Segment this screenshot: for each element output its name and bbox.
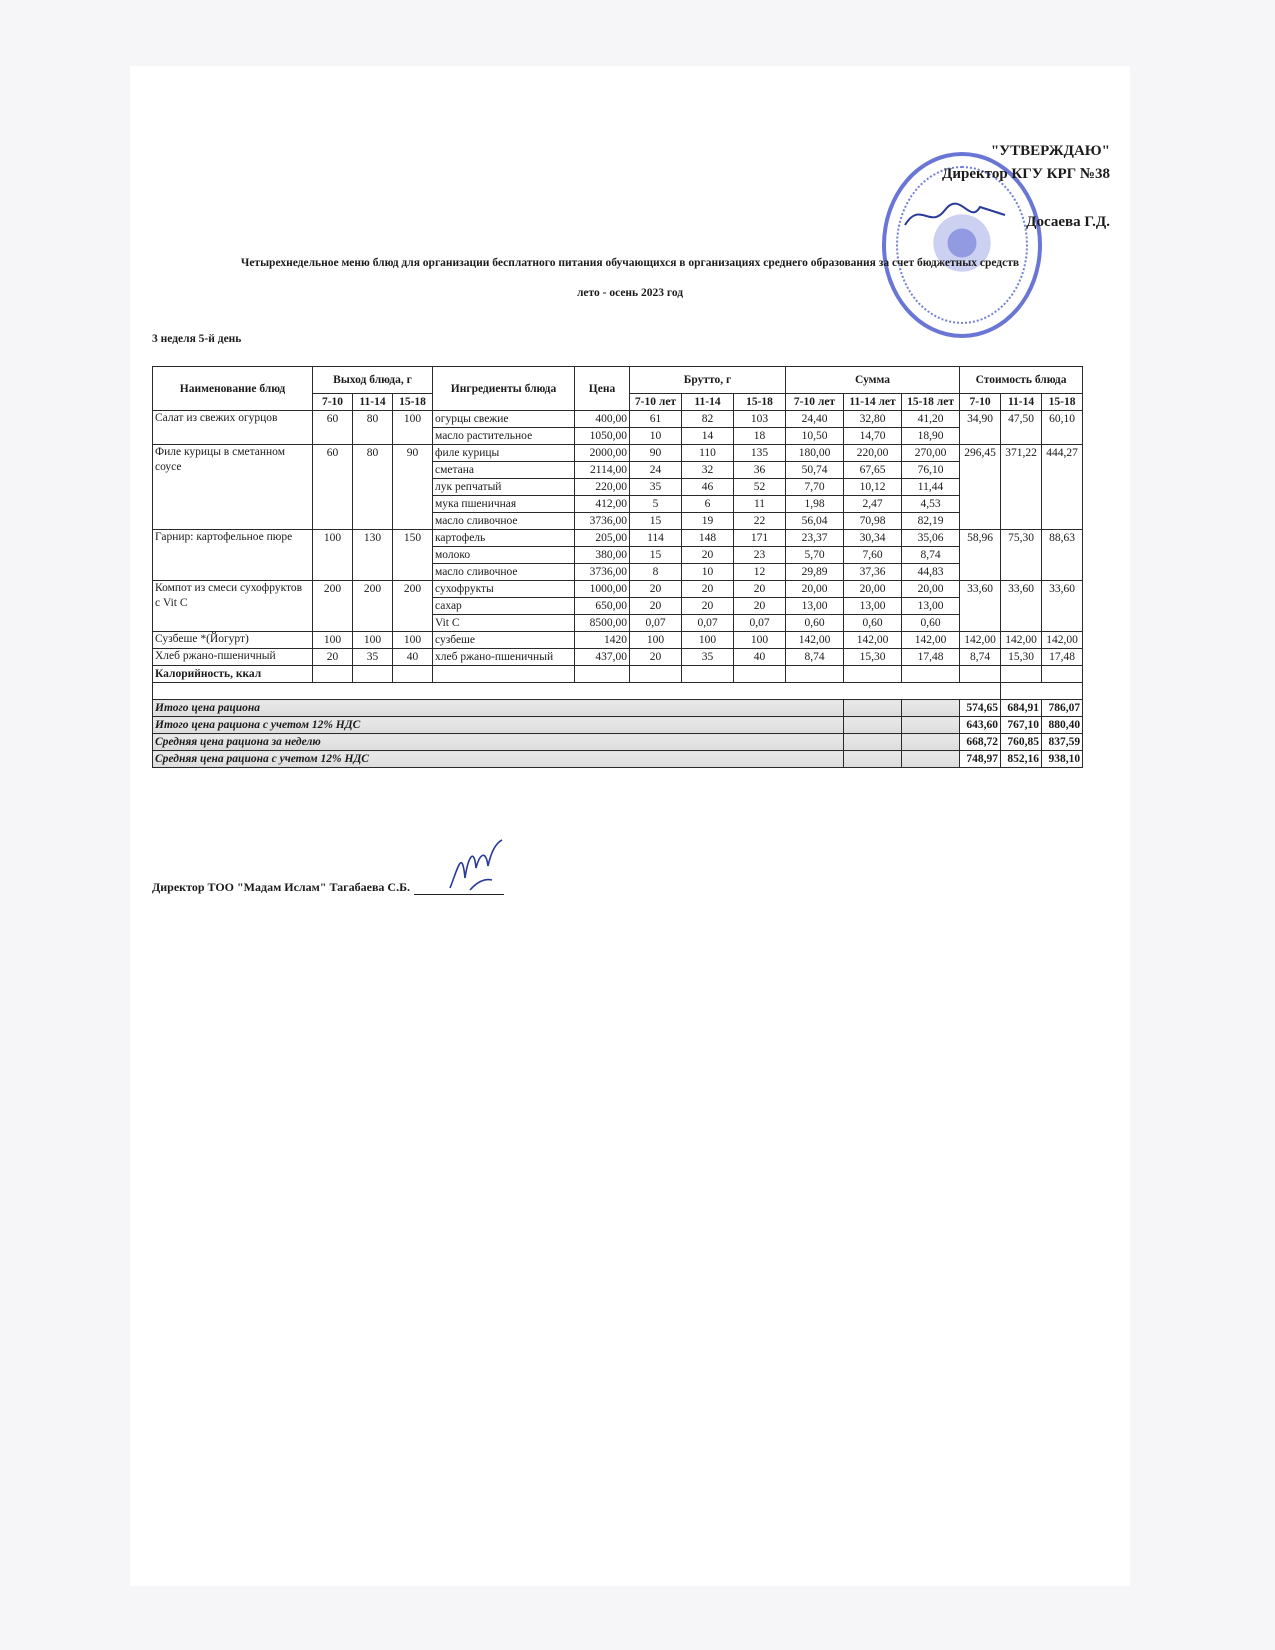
ingredient-sum: 13,00: [786, 598, 844, 615]
calories-cell: [313, 666, 353, 683]
ingredient-sum: 13,00: [844, 598, 902, 615]
ingredient-sum: 8,74: [786, 649, 844, 666]
header-ingredients: Ингредиенты блюда: [433, 367, 575, 411]
ingredient-sum: 2,47: [844, 496, 902, 513]
ingredient-gross: 148: [682, 530, 734, 547]
subheader-gross-11-14: 11-14: [682, 394, 734, 411]
dish-name: Сузбеше *(Йогурт): [153, 632, 313, 649]
calories-cell: [1001, 666, 1042, 683]
table-row: Сузбеше *(Йогурт)100100100сузбеше1420100…: [153, 632, 1083, 649]
ingredient-sum: 0,60: [902, 615, 960, 632]
ingredient-sum: 7,60: [844, 547, 902, 564]
ingredient-gross: 90: [630, 445, 682, 462]
dish-name: Филе курицы в сметанном соусе: [153, 445, 313, 530]
ingredient-sum: 7,70: [786, 479, 844, 496]
ingredient-name: мука пшеничная: [433, 496, 575, 513]
ingredient-gross: 22: [734, 513, 786, 530]
header-sum: Сумма: [786, 367, 960, 394]
ingredient-name: сухофрукты: [433, 581, 575, 598]
dish-yield: 200: [393, 581, 433, 632]
dish-cost: 371,22: [1001, 445, 1042, 530]
ingredient-gross: 20: [630, 649, 682, 666]
ingredient-sum: 180,00: [786, 445, 844, 462]
table-row: Гарнир: картофельное пюре100130150картоф…: [153, 530, 1083, 547]
ingredient-gross: 40: [734, 649, 786, 666]
dish-yield: 35: [353, 649, 393, 666]
total-row: Итого цена рациона574,65684,91786,07: [153, 700, 1083, 717]
dish-cost: 58,96: [960, 530, 1001, 581]
dish-cost: 142,00: [1001, 632, 1042, 649]
ingredient-sum: 18,90: [902, 428, 960, 445]
ingredient-sum: 1,98: [786, 496, 844, 513]
ingredient-gross: 114: [630, 530, 682, 547]
table-row: Компот из смеси сухофруктов с Vit C20020…: [153, 581, 1083, 598]
ingredient-sum: 20,00: [844, 581, 902, 598]
total-value: 938,10: [1042, 751, 1083, 768]
ingredient-sum: 35,06: [902, 530, 960, 547]
total-value: 684,91: [1001, 700, 1042, 717]
ingredient-sum: 37,36: [844, 564, 902, 581]
ingredient-gross: 36: [734, 462, 786, 479]
calories-cell: [682, 666, 734, 683]
table-row: Хлеб ржано-пшеничный203540хлеб ржано-пше…: [153, 649, 1083, 666]
ingredient-price: 3736,00: [575, 564, 630, 581]
dish-yield: 80: [353, 445, 393, 530]
ingredient-price: 1050,00: [575, 428, 630, 445]
approval-block: "УТВЕРЖДАЮ" Директор КГУ КРГ №38 Досаева…: [930, 140, 1110, 234]
subheader-yield-11-14: 11-14: [353, 394, 393, 411]
calories-cell: [353, 666, 393, 683]
total-row: Средняя цена рациона с учетом 12% НДС748…: [153, 751, 1083, 768]
ingredient-price: 437,00: [575, 649, 630, 666]
subheader-gross-15-18: 15-18: [734, 394, 786, 411]
subheader-yield-15-18: 15-18: [393, 394, 433, 411]
total-empty: [902, 751, 960, 768]
ingredient-price: 380,00: [575, 547, 630, 564]
ingredient-gross: 8: [630, 564, 682, 581]
calories-cell: [960, 666, 1001, 683]
ingredient-sum: 11,44: [902, 479, 960, 496]
ingredient-name: филе курицы: [433, 445, 575, 462]
total-label: Итого цена рациона с учетом 12% НДС: [153, 717, 844, 734]
ingredient-gross: 0,07: [682, 615, 734, 632]
dish-name: Хлеб ржано-пшеничный: [153, 649, 313, 666]
dish-cost: 444,27: [1042, 445, 1083, 530]
calories-label: Калорийность, ккал: [153, 666, 313, 683]
ingredient-sum: 23,37: [786, 530, 844, 547]
ingredient-sum: 50,74: [786, 462, 844, 479]
ingredient-sum: 142,00: [844, 632, 902, 649]
footer-signatory: Директор ТОО "Мадам Ислам" Тагабаева С.Б…: [152, 880, 410, 894]
ingredient-gross: 20: [734, 598, 786, 615]
ingredient-sum: 70,98: [844, 513, 902, 530]
ingredient-sum: 76,10: [902, 462, 960, 479]
ingredient-sum: 24,40: [786, 411, 844, 428]
ingredient-price: 2000,00: [575, 445, 630, 462]
ingredient-gross: 23: [734, 547, 786, 564]
dish-yield: 100: [313, 632, 353, 649]
ingredient-sum: 67,65: [844, 462, 902, 479]
ingredient-sum: 17,48: [902, 649, 960, 666]
ingredient-price: 400,00: [575, 411, 630, 428]
ingredient-sum: 10,12: [844, 479, 902, 496]
ingredient-sum: 20,00: [786, 581, 844, 598]
ingredient-sum: 4,53: [902, 496, 960, 513]
header-gross: Брутто, г: [630, 367, 786, 394]
ingredient-sum: 142,00: [786, 632, 844, 649]
ingredient-sum: 32,80: [844, 411, 902, 428]
dish-name: Гарнир: картофельное пюре: [153, 530, 313, 581]
ingredient-sum: 30,34: [844, 530, 902, 547]
subheader-sum-15-18: 15-18 лет: [902, 394, 960, 411]
dish-name: Салат из свежих огурцов: [153, 411, 313, 445]
calories-cell: [433, 666, 575, 683]
ingredient-sum: 14,70: [844, 428, 902, 445]
ingredient-gross: 10: [682, 564, 734, 581]
ingredient-price: 650,00: [575, 598, 630, 615]
total-label: Средняя цена рациона за неделю: [153, 734, 844, 751]
dish-yield: 100: [353, 632, 393, 649]
ingredient-sum: 41,20: [902, 411, 960, 428]
ingredient-name: сметана: [433, 462, 575, 479]
spacer-row: [153, 683, 1083, 700]
total-value: 574,65: [960, 700, 1001, 717]
ingredient-gross: 10: [630, 428, 682, 445]
ingredient-sum: 220,00: [844, 445, 902, 462]
ingredient-gross: 103: [734, 411, 786, 428]
total-value: 748,97: [960, 751, 1001, 768]
dish-yield: 100: [313, 530, 353, 581]
ingredient-sum: 20,00: [902, 581, 960, 598]
total-empty: [902, 734, 960, 751]
subheader-cost-11-14: 11-14: [1001, 394, 1042, 411]
ingredient-gross: 15: [630, 547, 682, 564]
total-label: Средняя цена рациона с учетом 12% НДС: [153, 751, 844, 768]
ingredient-gross: 6: [682, 496, 734, 513]
ingredient-gross: 20: [682, 547, 734, 564]
total-value: 880,40: [1042, 717, 1083, 734]
dish-yield: 80: [353, 411, 393, 445]
ingredient-price: 1000,00: [575, 581, 630, 598]
ingredient-price: 3736,00: [575, 513, 630, 530]
ingredient-name: лук репчатый: [433, 479, 575, 496]
ingredient-gross: 35: [630, 479, 682, 496]
ingredient-gross: 100: [734, 632, 786, 649]
signature-line: [414, 882, 504, 895]
ingredient-gross: 24: [630, 462, 682, 479]
ingredient-name: огурцы свежие: [433, 411, 575, 428]
ingredient-gross: 20: [682, 581, 734, 598]
ingredient-gross: 52: [734, 479, 786, 496]
header-yield: Выход блюда, г: [313, 367, 433, 394]
dish-yield: 100: [393, 411, 433, 445]
dish-cost: 33,60: [1001, 581, 1042, 632]
dish-name: Компот из смеси сухофруктов с Vit C: [153, 581, 313, 632]
ingredient-gross: 15: [630, 513, 682, 530]
ingredient-gross: 14: [682, 428, 734, 445]
total-empty: [844, 751, 902, 768]
ingredient-name: масло растительное: [433, 428, 575, 445]
ingredient-gross: 20: [630, 598, 682, 615]
dish-yield: 150: [393, 530, 433, 581]
ingredient-gross: 35: [682, 649, 734, 666]
ingredient-gross: 100: [682, 632, 734, 649]
subheader-gross-7-10: 7-10 лет: [630, 394, 682, 411]
dish-cost: 33,60: [960, 581, 1001, 632]
ingredient-name: сахар: [433, 598, 575, 615]
total-empty: [844, 700, 902, 717]
total-value: 767,10: [1001, 717, 1042, 734]
total-value: 760,85: [1001, 734, 1042, 751]
ingredient-name: Vit C: [433, 615, 575, 632]
dish-cost: 8,74: [960, 649, 1001, 666]
total-value: 668,72: [960, 734, 1001, 751]
calories-cell: [1042, 666, 1083, 683]
ingredient-sum: 0,60: [786, 615, 844, 632]
ingredient-gross: 11: [734, 496, 786, 513]
total-empty: [844, 734, 902, 751]
dish-cost: 15,30: [1001, 649, 1042, 666]
subheader-cost-15-18: 15-18: [1042, 394, 1083, 411]
calories-row: Калорийность, ккал: [153, 666, 1083, 683]
ingredient-gross: 5: [630, 496, 682, 513]
ingredient-gross: 100: [630, 632, 682, 649]
table-row: Филе курицы в сметанном соусе608090филе …: [153, 445, 1083, 462]
total-label: Итого цена рациона: [153, 700, 844, 717]
dish-yield: 100: [393, 632, 433, 649]
dish-cost: 60,10: [1042, 411, 1083, 445]
approval-position: Директор КГУ КРГ №38: [930, 163, 1110, 186]
ingredient-sum: 44,83: [902, 564, 960, 581]
total-empty: [902, 717, 960, 734]
subheader-sum-11-14: 11-14 лет: [844, 394, 902, 411]
calories-cell: [393, 666, 433, 683]
menu-table-body: Салат из свежих огурцов6080100огурцы све…: [153, 411, 1083, 768]
calories-cell: [844, 666, 902, 683]
dish-yield: 60: [313, 445, 353, 530]
header-price: Цена: [575, 367, 630, 411]
total-value: 786,07: [1042, 700, 1083, 717]
calories-cell: [902, 666, 960, 683]
calories-cell: [630, 666, 682, 683]
subheader-sum-7-10: 7-10 лет: [786, 394, 844, 411]
table-row: Салат из свежих огурцов6080100огурцы све…: [153, 411, 1083, 428]
ingredient-gross: 0,07: [734, 615, 786, 632]
dish-cost: 34,90: [960, 411, 1001, 445]
ingredient-name: масло сливочное: [433, 564, 575, 581]
week-day-label: 3 неделя 5-й день: [152, 333, 241, 345]
dish-yield: 200: [313, 581, 353, 632]
ingredient-gross: 135: [734, 445, 786, 462]
ingredient-sum: 270,00: [902, 445, 960, 462]
ingredient-sum: 13,00: [902, 598, 960, 615]
ingredient-name: сузбеше: [433, 632, 575, 649]
ingredient-gross: 20: [682, 598, 734, 615]
ingredient-gross: 171: [734, 530, 786, 547]
ingredient-gross: 18: [734, 428, 786, 445]
dish-cost: 296,45: [960, 445, 1001, 530]
total-empty: [902, 700, 960, 717]
ingredient-gross: 19: [682, 513, 734, 530]
dish-yield: 60: [313, 411, 353, 445]
approval-heading: "УТВЕРЖДАЮ": [930, 140, 1110, 163]
ingredient-sum: 8,74: [902, 547, 960, 564]
ingredient-sum: 56,04: [786, 513, 844, 530]
total-value: 837,59: [1042, 734, 1083, 751]
total-empty: [844, 717, 902, 734]
dish-cost: 88,63: [1042, 530, 1083, 581]
spacer-cell: [153, 683, 1001, 700]
header-cost: Стоимость блюда: [960, 367, 1083, 394]
dish-cost: 33,60: [1042, 581, 1083, 632]
dish-yield: 90: [393, 445, 433, 530]
ingredient-name: картофель: [433, 530, 575, 547]
ingredient-name: масло сливочное: [433, 513, 575, 530]
calories-cell: [575, 666, 630, 683]
ingredient-price: 220,00: [575, 479, 630, 496]
dish-yield: 40: [393, 649, 433, 666]
ingredient-name: молоко: [433, 547, 575, 564]
ingredient-price: 8500,00: [575, 615, 630, 632]
subheader-cost-7-10: 7-10: [960, 394, 1001, 411]
dish-cost: 47,50: [1001, 411, 1042, 445]
ingredient-name: хлеб ржано-пшеничный: [433, 649, 575, 666]
dish-cost: 75,30: [1001, 530, 1042, 581]
dish-cost: 142,00: [1042, 632, 1083, 649]
ingredient-price: 412,00: [575, 496, 630, 513]
spacer-cell: [1001, 683, 1083, 700]
ingredient-price: 205,00: [575, 530, 630, 547]
ingredient-gross: 32: [682, 462, 734, 479]
ingredient-sum: 0,60: [844, 615, 902, 632]
menu-table: Наименование блюд Выход блюда, г Ингреди…: [152, 366, 1083, 768]
total-row: Итого цена рациона с учетом 12% НДС643,6…: [153, 717, 1083, 734]
footer-signatory-block: Директор ТОО "Мадам Ислам" Тагабаева С.Б…: [152, 880, 504, 895]
ingredient-price: 2114,00: [575, 462, 630, 479]
total-value: 643,60: [960, 717, 1001, 734]
total-row: Средняя цена рациона за неделю668,72760,…: [153, 734, 1083, 751]
dish-yield: 200: [353, 581, 393, 632]
dish-yield: 20: [313, 649, 353, 666]
ingredient-sum: 82,19: [902, 513, 960, 530]
calories-cell: [786, 666, 844, 683]
ingredient-gross: 82: [682, 411, 734, 428]
dish-yield: 130: [353, 530, 393, 581]
document-title: Четырехнедельное меню блюд для организац…: [180, 257, 1080, 269]
total-value: 852,16: [1001, 751, 1042, 768]
dish-cost: 17,48: [1042, 649, 1083, 666]
ingredient-gross: 12: [734, 564, 786, 581]
approval-signatory: Досаева Г.Д.: [930, 211, 1110, 234]
document-subtitle: лето - осень 2023 год: [130, 287, 1130, 299]
ingredient-sum: 10,50: [786, 428, 844, 445]
calories-cell: [734, 666, 786, 683]
ingredient-sum: 5,70: [786, 547, 844, 564]
ingredient-sum: 29,89: [786, 564, 844, 581]
ingredient-sum: 142,00: [902, 632, 960, 649]
ingredient-price: 1420: [575, 632, 630, 649]
ingredient-gross: 20: [734, 581, 786, 598]
header-dish-name: Наименование блюд: [153, 367, 313, 411]
ingredient-gross: 61: [630, 411, 682, 428]
subheader-yield-7-10: 7-10: [313, 394, 353, 411]
ingredient-sum: 15,30: [844, 649, 902, 666]
dish-cost: 142,00: [960, 632, 1001, 649]
ingredient-gross: 0,07: [630, 615, 682, 632]
ingredient-gross: 46: [682, 479, 734, 496]
ingredient-gross: 110: [682, 445, 734, 462]
ingredient-gross: 20: [630, 581, 682, 598]
